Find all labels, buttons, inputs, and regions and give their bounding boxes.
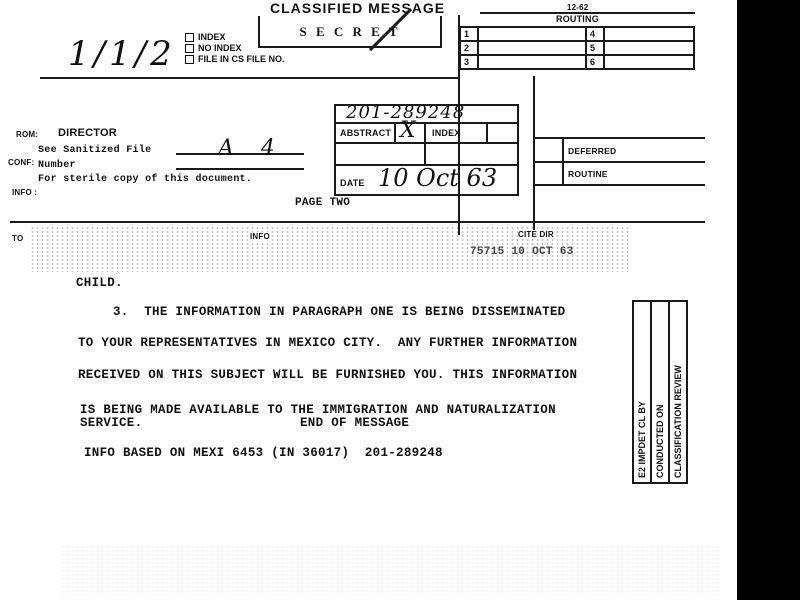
precedence-rule [535, 137, 705, 139]
routing-row: 2 5 [460, 41, 694, 55]
date-value: 10 Oct 63 [378, 164, 497, 192]
routing-field[interactable] [604, 41, 694, 55]
routing-cell: 2 [460, 41, 478, 55]
routing-field[interactable] [604, 27, 694, 41]
file-box-rule [336, 142, 517, 144]
info-header-label: INFO [250, 232, 270, 241]
checkbox-icon[interactable] [185, 33, 194, 42]
routine-label: ROUTINE [568, 169, 608, 179]
body-line-5a: SERVICE. [80, 416, 142, 430]
classification-label: S E C R E T [260, 24, 440, 40]
routing-field[interactable] [478, 27, 586, 41]
routing-title: ROUTING [556, 14, 599, 24]
classification-review-stamp: E2 IMPDET CL BY CONDUCTED ON CLASSIFICAT… [632, 300, 688, 484]
checkbox-file-in-cs[interactable]: FILE IN CS FILE NO. [185, 54, 285, 65]
header-rule [40, 77, 460, 79]
precedence-rule [535, 184, 705, 186]
routing-field[interactable] [478, 55, 586, 69]
scan-border [737, 0, 800, 600]
form-title: CLASSIFIED MESSAGE [270, 0, 445, 16]
handwritten-file-number: A 4 [218, 136, 285, 161]
cite-label: CITE DIR [518, 230, 554, 239]
cite-value: 75715 10 OCT 63 [470, 246, 574, 258]
from-label: ROM: [16, 130, 38, 139]
routing-field[interactable] [478, 41, 586, 55]
checkbox-icon[interactable] [185, 55, 194, 64]
routing-field[interactable] [604, 55, 694, 69]
handwritten-number: 1/1/2 [68, 34, 176, 74]
message-header-rule [10, 221, 705, 223]
body-line-1: 3. THE INFORMATION IN PARAGRAPH ONE IS B… [74, 305, 565, 319]
review-stamp-col3: CLASSIFICATION REVIEW [670, 302, 686, 482]
routing-cell: 4 [586, 27, 604, 41]
abstract-label: ABSTRACT [340, 128, 391, 138]
classification-box: S E C R E T [258, 16, 442, 48]
file-box-divider [424, 124, 426, 166]
review-stamp-col1: E2 IMPDET CL BY [634, 302, 652, 482]
review-stamp-col2: CONDUCTED ON [652, 302, 670, 482]
body-line-3: RECEIVED ON THIS SUBJECT WILL BE FURNISH… [78, 368, 577, 382]
deferred-label: DEFERRED [568, 146, 616, 156]
sanitized-note-line1: See Sanitized File [38, 145, 151, 156]
routing-cell: 6 [586, 55, 604, 69]
precedence-rule [535, 161, 705, 163]
body-line-4: IS BEING MADE AVAILABLE TO THE IMMIGRATI… [80, 403, 556, 417]
sanitized-note-line2: Number [38, 160, 76, 171]
body-line-5b: END OF MESSAGE [300, 416, 409, 430]
routing-cell: 3 [460, 55, 478, 69]
index-label: INDEX [432, 128, 461, 138]
sanitized-note-line3: For sterile copy of this document. [38, 174, 252, 185]
file-box-divider [486, 124, 488, 142]
file-box-divider [394, 124, 396, 142]
page-label: PAGE TWO [295, 197, 350, 209]
body-line-2: TO YOUR REPRESENTATIVES IN MEXICO CITY. … [78, 336, 577, 350]
date-label: DATE [340, 178, 365, 188]
routing-cell: 1 [460, 27, 478, 41]
checkbox-icon[interactable] [185, 44, 194, 53]
routing-row: 1 4 [460, 27, 694, 41]
routing-cell: 5 [586, 41, 604, 55]
precedence-left-rule [533, 76, 535, 236]
body-line-6: INFO BASED ON MEXI 6453 (IN 36017) 201-2… [84, 446, 443, 460]
abstract-checkmark[interactable]: X [400, 118, 416, 143]
from-value: DIRECTOR [58, 127, 117, 139]
file-number-line-2 [176, 168, 304, 170]
routing-row: 3 6 [460, 55, 694, 69]
conf-label: CONF: [8, 158, 34, 167]
to-label: TO [12, 234, 23, 243]
routing-table: 1 4 2 5 3 6 [459, 26, 695, 70]
file-stamp-box: 201-289248 ABSTRACT X INDEX DATE 10 Oct … [334, 104, 519, 196]
body-line-0: CHILD. [76, 276, 123, 290]
info-label: INFO : [12, 188, 37, 197]
form-number: 12-62 [567, 3, 588, 12]
scan-noise [60, 545, 720, 595]
file-box-rule [336, 122, 517, 124]
